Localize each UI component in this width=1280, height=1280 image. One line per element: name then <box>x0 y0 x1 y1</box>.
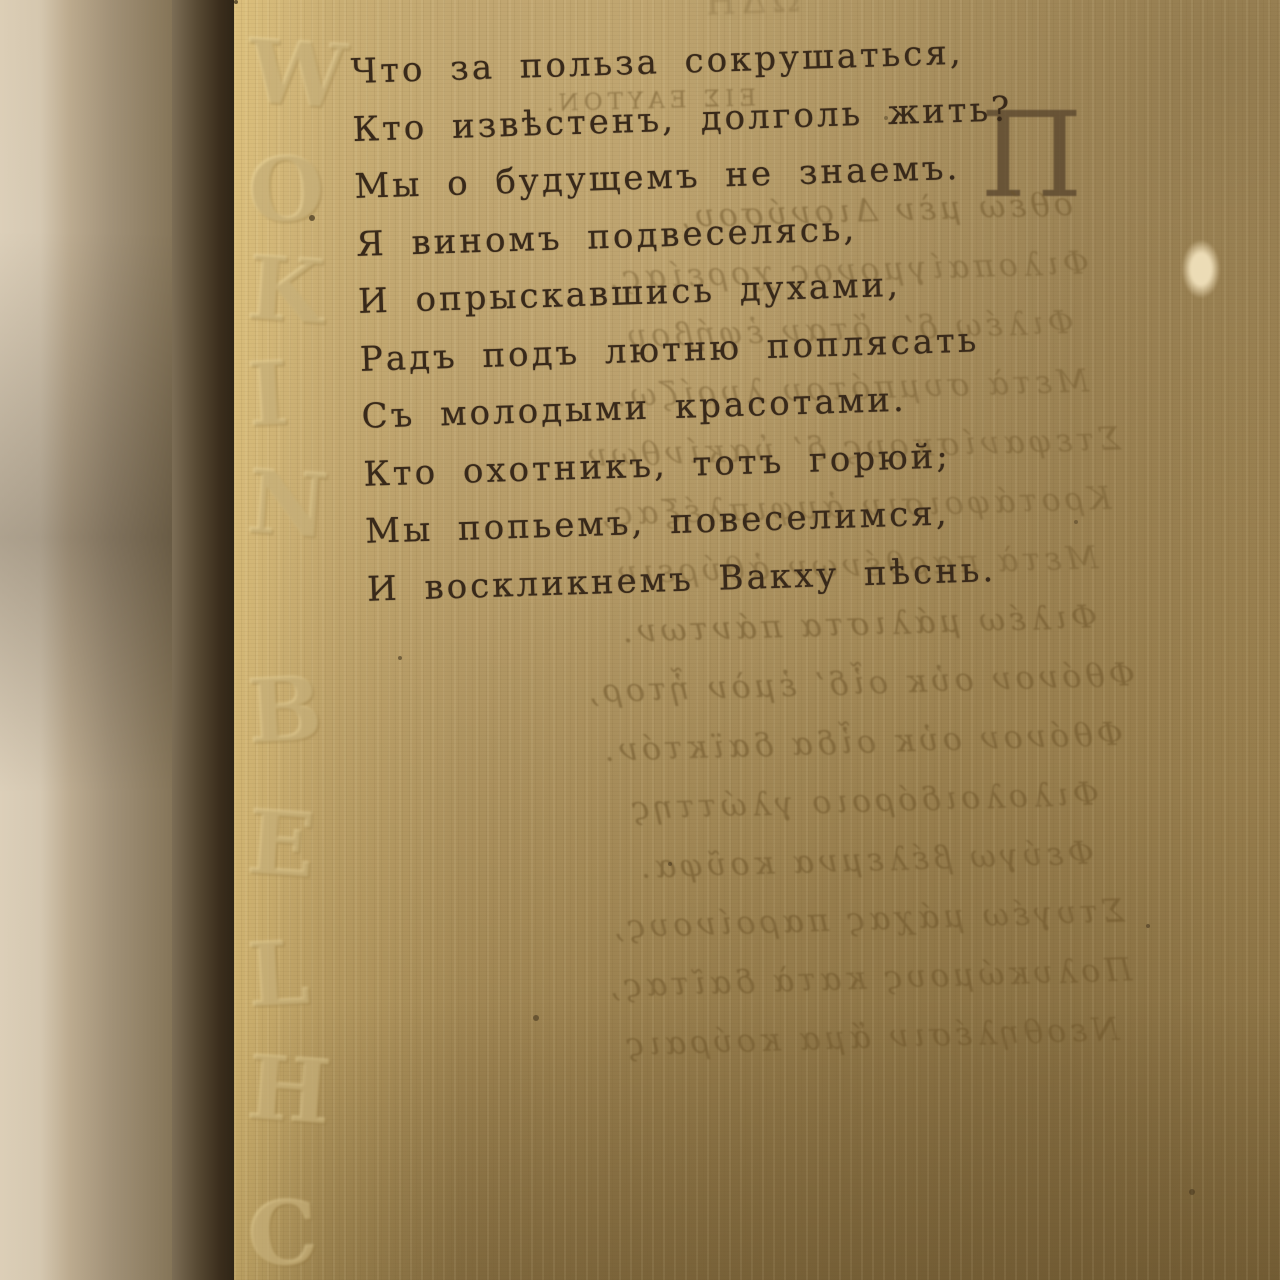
spine-letter: W <box>244 19 350 130</box>
spine-letter: C <box>245 1180 320 1280</box>
paper-flaw-spot <box>1182 240 1220 298</box>
spine-letter: L <box>245 920 312 1027</box>
embossed-spine-letters: W O K I N B E L H C <box>236 0 340 1280</box>
paper-specks <box>234 0 238 4</box>
spine-letter: H <box>244 1035 334 1145</box>
spine-letter: K <box>244 235 328 344</box>
spine-letter: I <box>245 341 292 447</box>
russian-poem-text: Что за польза сокрушаться, Кто извѣстенъ… <box>350 23 1028 618</box>
book-page: W O K I N B E L H C ΩΔΗ ΕΙΣ ΕΑΥΤΟΝ. Π οθ… <box>234 0 1280 1280</box>
facing-page-edge <box>0 0 172 1280</box>
spine-letter: O <box>245 136 327 244</box>
book-page-photo: W O K I N B E L H C ΩΔΗ ΕΙΣ ΕΑΥΤΟΝ. Π οθ… <box>0 0 1280 1280</box>
spine-letter: E <box>244 790 318 898</box>
bleedthrough-header: ΩΔΗ <box>699 0 801 24</box>
spine-letter: B <box>245 656 325 764</box>
gutter-shadow <box>172 0 234 1280</box>
spine-letter: N <box>244 449 331 558</box>
